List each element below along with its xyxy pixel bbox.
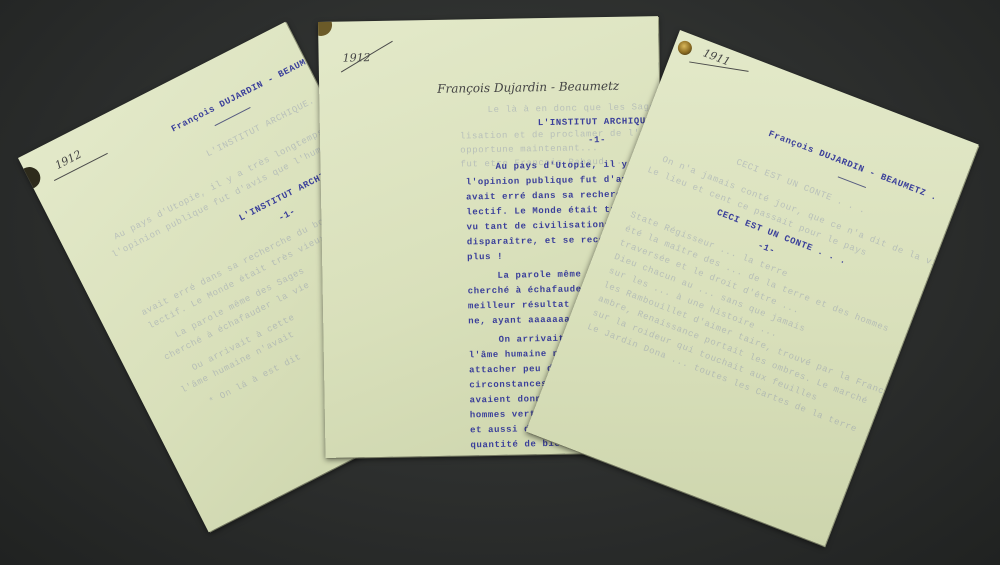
body-line: plus !: [467, 252, 503, 263]
body-line: quantité de bie: [470, 439, 560, 451]
page-marker: -1-: [756, 241, 776, 257]
binding-hole: [18, 163, 44, 193]
handwritten-name: François Dujardin - Beaumetz: [437, 79, 619, 96]
author-line: François DUJARDIN - BEAUMETZ .: [767, 129, 939, 203]
binding-hole: [318, 16, 332, 36]
author-line: François DUJARDIN - BEAUMETZ .: [170, 44, 335, 135]
page-marker: -1-: [277, 206, 298, 223]
brass-fastener: [676, 39, 694, 57]
faint-line: les Rambouillet d'aimer taire, trouvé pa…: [602, 280, 891, 399]
faint-line: lisation et de proclamer de l'avenir: [460, 128, 666, 142]
faint-line: Le là à en donc que les Sages de la civi: [487, 101, 665, 115]
faint-line: opportune maintenant...: [460, 143, 598, 155]
title-underline: [838, 176, 866, 188]
document-title: L'INSTITUT ARCHIQUE.: [538, 116, 658, 128]
faint-line: * On lá à est dit: [208, 352, 303, 407]
